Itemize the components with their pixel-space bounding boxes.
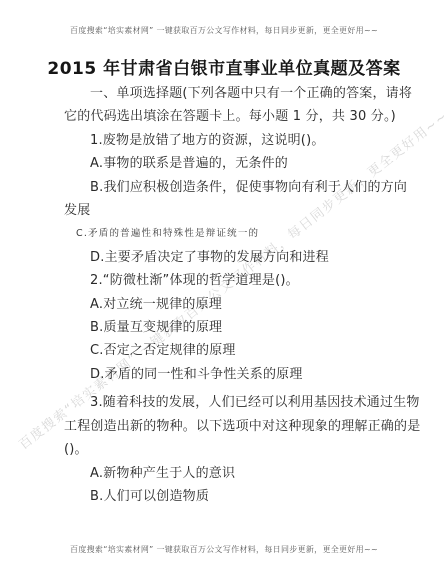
question-2-option-b: B.质量互变规律的原理: [64, 316, 408, 339]
question-3-line-3: ()。: [64, 438, 408, 461]
exam-document-page: 百度搜索“培实素材网” 一键获取百万公文写作材料，每日同步更新，更全更好用~~ …: [0, 0, 448, 580]
section-heading-line-1: 一、单项选择题(下列各题中只有一个正确的答案，请将: [64, 82, 408, 105]
footer-promo-text: 百度搜索“培实素材网” 一键获取百万公文写作材料，每日同步更新，更全更好用~~: [0, 544, 448, 555]
question-1-option-a: A.事物的联系是普遍的，无条件的: [64, 152, 408, 175]
question-1-option-c: C.矛盾的普遍性和特殊性是辩证统一的: [64, 222, 408, 245]
section-heading-line-2: 它的代码选出填涂在答题卡上。每小题 1 分，共 30 分。): [64, 105, 408, 128]
page-title: 2015 年甘肃省白银市直事业单位真题及答案: [0, 54, 448, 79]
question-1: 1.废物是放错了地方的资源，这说明()。: [64, 129, 408, 152]
document-body: 一、单项选择题(下列各题中只有一个正确的答案，请将 它的代码选出填涂在答题卡上。…: [64, 82, 408, 508]
question-2-option-c: C.否定之否定规律的原理: [64, 339, 408, 362]
question-2-option-d: D.矛盾的同一性和斗争性关系的原理: [64, 363, 408, 386]
question-3-option-b: B.人们可以创造物质: [64, 485, 408, 508]
question-2: 2.“防微杜渐”体现的哲学道理是()。: [64, 269, 408, 292]
question-1-option-b-cont: 发展: [64, 199, 408, 222]
question-3-line-1: 3.随着科技的发展，人们已经可以利用基因技术通过生物: [64, 391, 408, 414]
header-promo-text: 百度搜索“培实素材网” 一键获取百万公文写作材料，每日同步更新，更全更好用~~: [0, 25, 448, 36]
question-3-option-a: A.新物种产生于人的意识: [64, 462, 408, 485]
question-1-option-b: B.我们应积极创造条件，促使事物向有利于人们的方向: [64, 176, 408, 199]
question-3-line-2: 工程创造出新的物种。以下选项中对这种现象的理解正确的是: [64, 415, 408, 438]
question-2-option-a: A.对立统一规律的原理: [64, 293, 408, 316]
question-1-option-d: D.主要矛盾决定了事物的发展方向和进程: [64, 246, 408, 269]
